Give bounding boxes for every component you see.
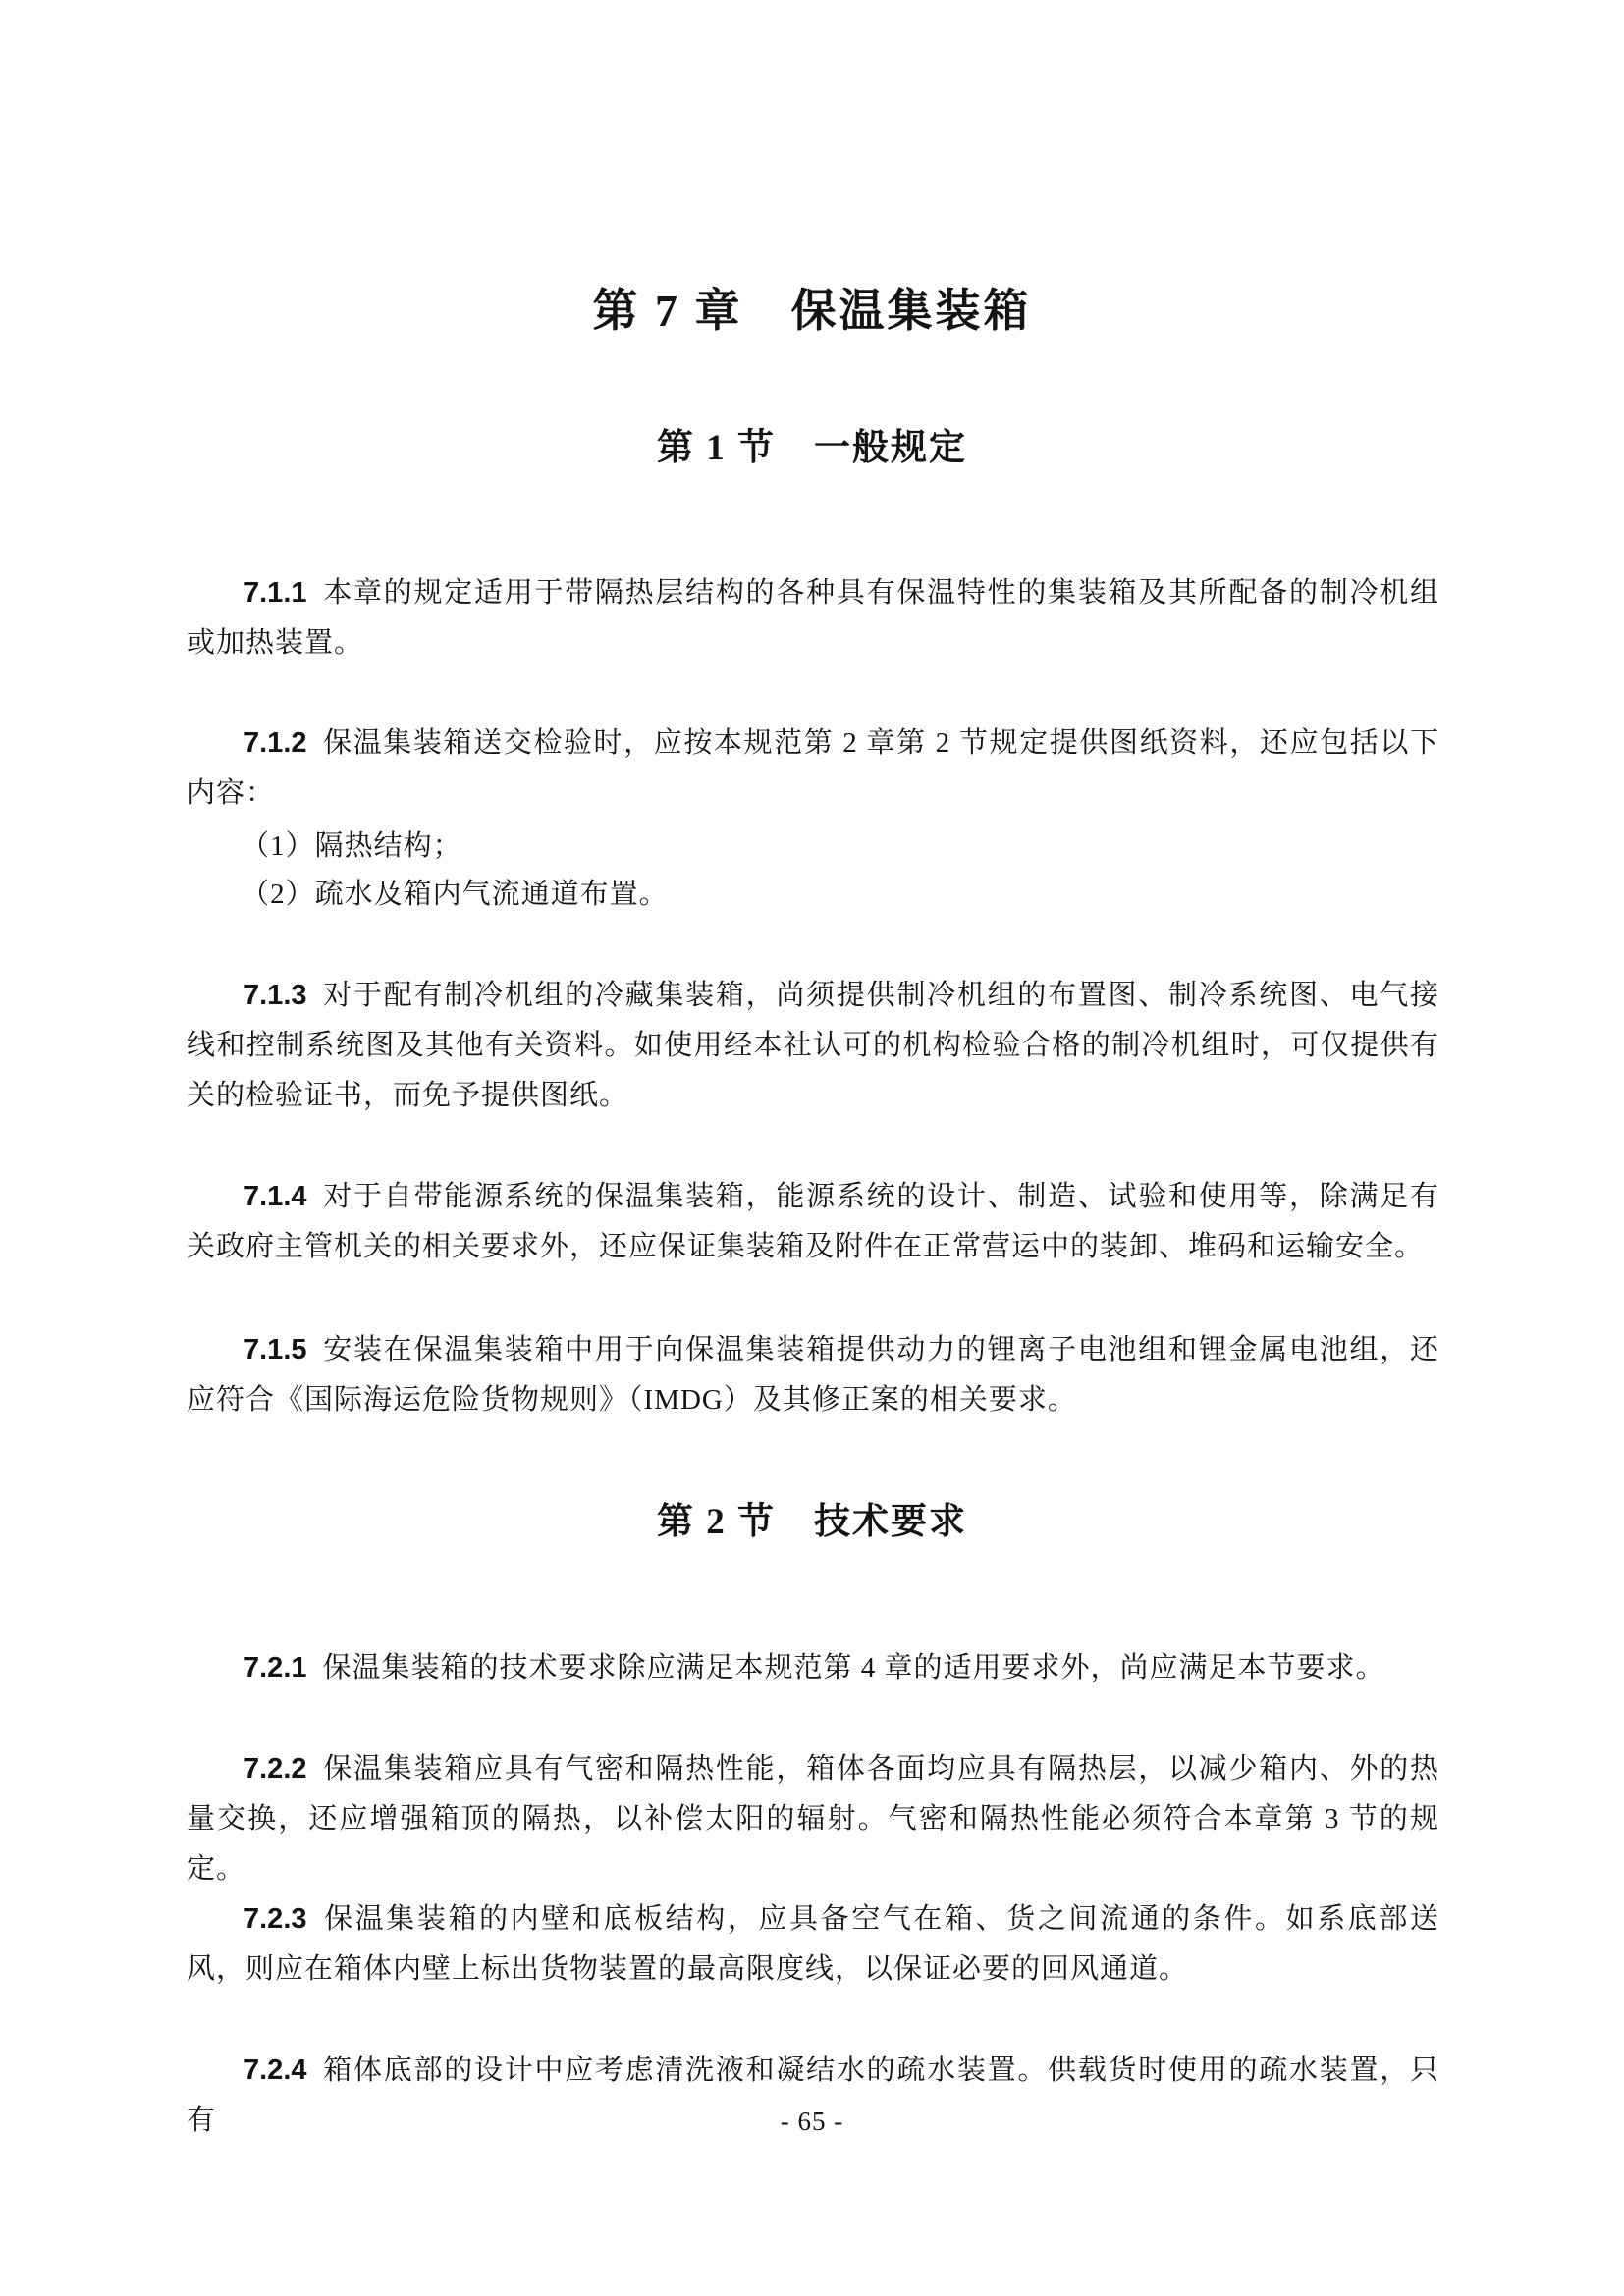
clause-text-7-2-1: 保温集装箱的技术要求除应满足本规范第 4 章的适用要求外，尚应满足本节要求。 [323,1652,1385,1683]
clause-number-7-1-5: 7.1.5 [244,1334,307,1365]
paragraph-7-2-3: 7.2.3保温集装箱的内壁和底板结构，应具备空气在箱、货之间流通的条件。如系底部… [187,1895,1439,1995]
clause-text-7-2-2: 保温集装箱应具有气密和隔热性能，箱体各面均应具有隔热层，以减少箱内、外的热量交换… [187,1753,1439,1885]
list-item-1: （1）隔热结构； [187,822,1439,872]
clause-number-7-2-2: 7.2.2 [244,1753,307,1785]
clause-text-7-1-5: 安装在保温集装箱中用于向保温集装箱提供动力的锂离子电池组和锂金属电池组，还应符合… [187,1334,1439,1415]
paragraph-7-2-2: 7.2.2保温集装箱应具有气密和隔热性能，箱体各面均应具有隔热层，以减少箱内、外… [187,1744,1439,1895]
clause-text-7-1-3: 对于配有制冷机组的冷藏集装箱，尚须提供制冷机组的布置图、制冷系统图、电气接线和控… [187,980,1439,1111]
section-2-title: 第 2 节 技术要求 [0,1500,1624,1545]
paragraph-7-1-3: 7.1.3对于配有制冷机组的冷藏集装箱，尚须提供制冷机组的布置图、制冷系统图、电… [187,971,1439,1121]
clause-text-7-1-2: 保温集装箱送交检验时，应按本规范第 2 章第 2 节规定提供图纸资料，还应包括以… [187,727,1439,809]
clause-number-7-1-3: 7.1.3 [244,980,307,1011]
clause-number-7-2-4: 7.2.4 [244,2055,307,2086]
paragraph-7-1-4: 7.1.4对于自带能源系统的保温集装箱，能源系统的设计、制造、试验和使用等，除满… [187,1172,1439,1272]
clause-text-7-1-1: 本章的规定适用于带隔热层结构的各种具有保温特性的集装箱及其所配备的制冷机组或加热… [187,577,1439,659]
clause-number-7-1-1: 7.1.1 [244,577,307,609]
clause-number-7-2-1: 7.2.1 [244,1652,307,1683]
section-1-title: 第 1 节 一般规定 [0,426,1624,471]
clause-number-7-1-4: 7.1.4 [244,1181,307,1212]
clause-text-7-1-4: 对于自带能源系统的保温集装箱，能源系统的设计、制造、试验和使用等，除满足有关政府… [187,1181,1439,1262]
paragraph-7-1-5: 7.1.5安装在保温集装箱中用于向保温集装箱提供动力的锂离子电池组和锂金属电池组… [187,1325,1439,1425]
document-page: 第 7 章 保温集装箱 第 1 节 一般规定 7.1.1本章的规定适用于带隔热层… [0,0,1624,2296]
clause-text-7-2-3: 保温集装箱的内壁和底板结构，应具备空气在箱、货之间流通的条件。如系底部送风，则应… [187,1903,1439,1985]
paragraph-7-2-1: 7.2.1保温集装箱的技术要求除应满足本规范第 4 章的适用要求外，尚应满足本节… [187,1643,1439,1693]
chapter-title: 第 7 章 保温集装箱 [0,283,1624,340]
list-item-2: （2）疏水及箱内气流通道布置。 [187,870,1439,920]
clause-number-7-2-3: 7.2.3 [244,1903,307,1935]
page-number: - 65 - [0,2107,1624,2137]
paragraph-7-1-1: 7.1.1本章的规定适用于带隔热层结构的各种具有保温特性的集装箱及其所配备的制冷… [187,568,1439,668]
clause-number-7-1-2: 7.1.2 [244,727,307,759]
paragraph-7-1-2: 7.1.2保温集装箱送交检验时，应按本规范第 2 章第 2 节规定提供图纸资料，… [187,719,1439,819]
